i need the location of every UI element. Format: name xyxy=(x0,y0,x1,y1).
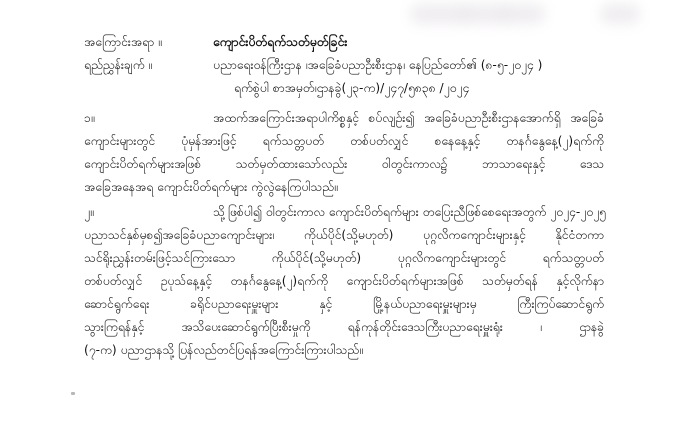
reference-label: ရည်ညွှန်းချက် ။ xyxy=(84,55,152,76)
paragraph-line: (၇-က) ပညာဌာနသို့ ပြန်လည်တင်ပြရန်အကြောင်း… xyxy=(84,340,604,361)
paragraph-line: အထက်အကြောင်းအရာပါကိစ္စနှင့် စပ်လျဉ်း၍ အခ… xyxy=(213,108,604,129)
paragraph-line: အခြေအနေအရ ကျောင်းပိတ်ရက်များ ကွဲလွဲနေကြပ… xyxy=(84,177,604,198)
paragraph-number: ၂။ xyxy=(84,202,94,223)
stray-mark xyxy=(71,392,75,395)
paragraph-line: ကျောင်းများတွင် ပုံမှန်အားဖြင့် ရက်သတ္တပ… xyxy=(84,131,604,152)
paragraph-line: ကျောင်းပိတ်ရက်များအဖြစ် သတ်မှတ်ထားသော်လည… xyxy=(84,154,604,175)
paragraph-number: ၁။ xyxy=(84,108,95,129)
subject-title: ကျောင်းပိတ်ရက်သတ်မှတ်ခြင်း xyxy=(213,32,347,53)
letter-document: အကြောင်းအရာ ။ ကျောင်းပိတ်ရက်သတ်မှတ်ခြင်း… xyxy=(0,0,683,427)
paragraph-line: တစ်ပတ်လျှင် ဥပုသ်နေ့နှင့် တနင်္ဂနွေနေ့(၂… xyxy=(84,271,604,292)
paragraph-line: သွားကြရန်နှင့် အသိပေးဆောင်ရွက်ပြီးစီးမှု… xyxy=(84,317,604,338)
reference-line-1: ပညာရေးဝန်ကြီးဌာန ၊အခြေခံပညာဦးစီးဌာန၊ နေပ… xyxy=(213,55,542,76)
paragraph-line: ဆောင်ရွက်ရေး ခရိုင်ပညာရေးမှူးများ နှင့် … xyxy=(84,294,604,315)
paragraph-line: သင်ရိုးညွှန်းတမ်းဖြင့်သင်ကြားသော ကိုယ်ပိ… xyxy=(84,248,604,269)
reference-line-2: ရက်စွဲပါ စာအမှတ်၊ဌာနခွဲ(၂၃-က)/၂၄၇/၅၈၃၈ /… xyxy=(234,78,469,99)
subject-label: အကြောင်းအရာ ။ xyxy=(84,32,162,53)
paragraph-line: သို့ဖြစ်ပါ၍ ဝါတွင်းကာလ ကျောင်းပိတ်ရက်မျာ… xyxy=(213,202,604,223)
paragraph-line: ပညာသင်နှစ်မှစ၍အခြေခံပညာကျောင်းများ၊ ကိုယ… xyxy=(84,225,604,246)
